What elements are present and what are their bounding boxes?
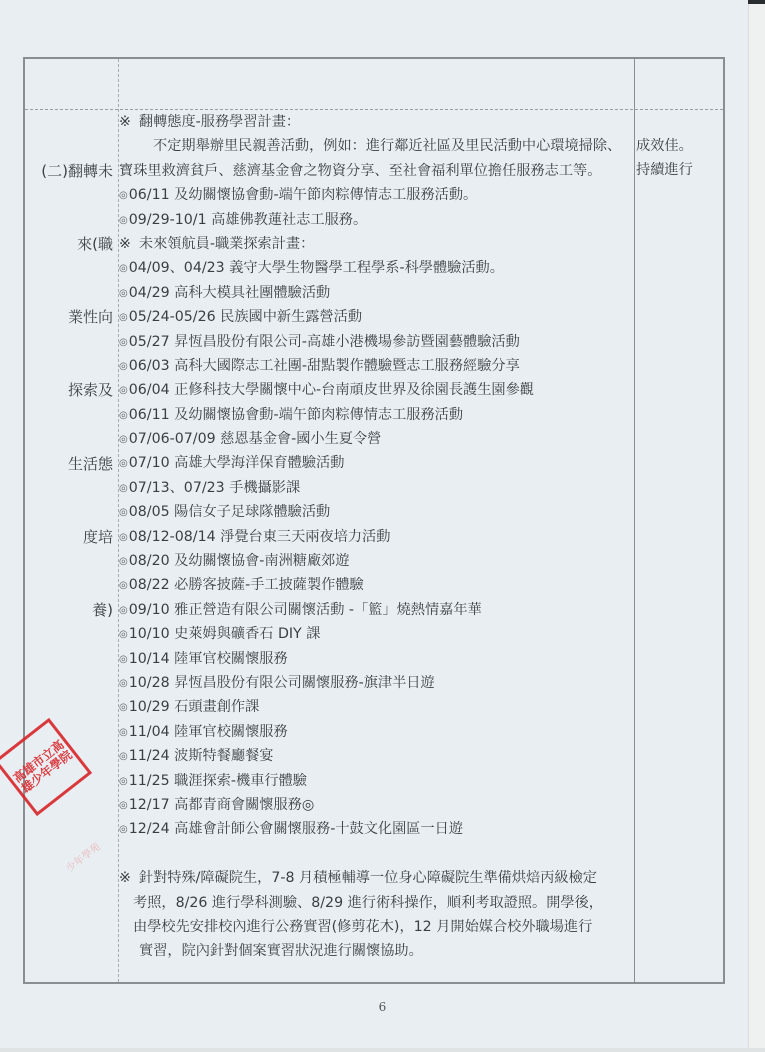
list-item: ◎05/24-05/26 民族國中新生露營活動 xyxy=(119,305,631,329)
list-item: ◎06/11 及幼關懷協會動-端午節肉粽傳情志工服務活動。 xyxy=(119,183,631,207)
plan1-heading: ※翻轉態度-服務學習計畫： xyxy=(119,110,631,134)
spacer xyxy=(119,842,631,866)
status-column: 成效佳。 持續進行 xyxy=(636,134,722,183)
special-needs-note-line: 實習，院內針對個案實習狀況進行關懷協助。 xyxy=(119,939,631,963)
section-label-line: 養) xyxy=(35,598,113,622)
list-item: ◎10/29 石頭畫創作課 xyxy=(119,695,631,719)
section-content: ※翻轉態度-服務學習計畫： 不定期舉辦里民親善活動，例如：進行鄰近社區及里民活動… xyxy=(119,110,631,964)
bullet-icon: ◎ xyxy=(119,629,128,640)
scanned-page-edge xyxy=(748,0,765,1052)
bullet-icon: ◎ xyxy=(119,361,128,372)
list-item: ◎08/20 及幼關懷協會-南洲糖廠郊遊 xyxy=(119,549,631,573)
list-item: ◎07/06-07/09 慈恩基金會-國小生夏令營 xyxy=(119,427,631,451)
list-item: ◎11/24 波斯特餐廳餐宴 xyxy=(119,744,631,768)
plan1-description: 不定期舉辦里民親善活動，例如：進行鄰近社區及里民活動中心環境掃除、 xyxy=(119,134,631,158)
bullet-icon: ◎ xyxy=(119,751,128,762)
list-item: ◎10/28 昇恆昌股份有限公司關懷服務-旗津半日遊 xyxy=(119,671,631,695)
list-item: ◎06/04 正修科技大學關懷中心-台南頑皮世界及徐園長護生園參觀 xyxy=(119,378,631,402)
section-label-line: 探索及 xyxy=(35,378,113,402)
plan1-description: 寶珠里救濟貧戶、慈濟基金會之物資分享、至社會福利單位擔任服務志工等。 xyxy=(119,159,631,183)
bullet-icon: ◎ xyxy=(119,434,128,445)
list-item: ◎08/05 陽信女子足球隊體驗活動 xyxy=(119,500,631,524)
bullet-icon: ◎ xyxy=(119,458,128,469)
bullet-icon: ◎ xyxy=(119,678,128,689)
bullet-icon: ◎ xyxy=(119,385,128,396)
list-item: ◎04/09、04/23 義守大學生物醫學工程學系-科學體驗活動。 xyxy=(119,256,631,280)
list-item: ◎04/29 高科大模具社團體驗活動 xyxy=(119,281,631,305)
bullet-icon: ◎ xyxy=(119,800,128,811)
bullet-icon: ◎ xyxy=(119,288,128,299)
bullet-icon: ◎ xyxy=(119,483,128,494)
bullet-icon: ◎ xyxy=(119,190,128,201)
bullet-icon: ◎ xyxy=(119,702,128,713)
bullet-icon: ◎ xyxy=(119,532,128,543)
list-item: ◎05/27 昇恆昌股份有限公司-高雄小港機場參訪暨園藝體驗活動 xyxy=(119,330,631,354)
bullet-icon: ◎ xyxy=(119,556,128,567)
reference-mark-icon: ※ xyxy=(119,236,131,252)
reference-mark-icon: ※ xyxy=(119,870,131,886)
list-item: ◎09/29-10/1 高雄佛教蓮社志工服務。 xyxy=(119,208,631,232)
special-needs-note-line: 考照，8/26 進行學科測驗、8/29 進行術科操作，順利考取證照。開學後， xyxy=(119,891,631,915)
bullet-icon: ◎ xyxy=(119,337,128,348)
section-label-line: 度培 xyxy=(35,525,113,549)
bullet-icon: ◎ xyxy=(119,215,128,226)
section-label: (二)翻轉未 來(職 業性向 探索及 生活態 度培 養) xyxy=(35,110,117,647)
bullet-icon: ◎ xyxy=(119,776,128,787)
list-item: ◎09/10 雅正營造有限公司關懷活動 -「籃」燒熱情嘉年華 xyxy=(119,598,631,622)
page-number: 6 xyxy=(0,1000,765,1014)
table-column-divider-status xyxy=(634,59,635,982)
list-item: ◎12/17 高都青商會關懷服務◎ xyxy=(119,793,631,817)
status-text: 持續進行 xyxy=(636,158,722,182)
section-label-line: 來(職 xyxy=(35,232,113,256)
bullet-icon: ◎ xyxy=(119,727,128,738)
reference-mark-icon: ※ xyxy=(119,114,131,130)
bullet-icon: ◎ xyxy=(119,824,128,835)
special-needs-note: ※針對特殊/障礙院生，7-8 月積極輔導一位身心障礙院生準備烘焙丙級檢定 xyxy=(119,866,631,890)
list-item: ◎08/12-08/14 淨覺台東三天兩夜培力活動 xyxy=(119,525,631,549)
section-label-line: (二)翻轉未 xyxy=(35,159,113,183)
bullet-icon: ◎ xyxy=(119,312,128,323)
list-item: ◎11/04 陸軍官校關懷服務 xyxy=(119,720,631,744)
bullet-icon: ◎ xyxy=(119,507,128,518)
plan2-heading: ※未來領航員-職業探索計畫： xyxy=(119,232,631,256)
list-item: ◎10/14 陸軍官校關懷服務 xyxy=(119,647,631,671)
list-item: ◎10/10 史萊姆與礦香石 DIY 課 xyxy=(119,622,631,646)
bullet-icon: ◎ xyxy=(119,605,128,616)
section-label-line: 生活態 xyxy=(35,452,113,476)
bullet-icon: ◎ xyxy=(119,654,128,665)
status-text: 成效佳。 xyxy=(636,134,722,158)
bullet-icon: ◎ xyxy=(119,580,128,591)
list-item: ◎07/13、07/23 手機攝影課 xyxy=(119,476,631,500)
bullet-icon: ◎ xyxy=(119,410,128,421)
list-item: ◎06/03 高科大國際志工社團-甜點製作體驗暨志工服務經驗分享 xyxy=(119,354,631,378)
special-needs-note-line: 由學校先安排校內進行公務實習(修剪花木)，12 月開始媒合校外職場進行 xyxy=(119,915,631,939)
list-item: ◎11/25 職涯探索-機車行體驗 xyxy=(119,769,631,793)
list-item: ◎06/11 及幼關懷協會動-端午節肉粽傳情志工服務活動 xyxy=(119,403,631,427)
scan-corner-strip xyxy=(748,0,765,4)
list-item: ◎12/24 高雄會計師公會關懷服務-十鼓文化園區一日遊 xyxy=(119,817,631,841)
section-label-line: 業性向 xyxy=(35,305,113,329)
bullet-icon: ◎ xyxy=(119,263,128,274)
list-item: ◎08/22 必勝客披薩-手工披薩製作體驗 xyxy=(119,573,631,597)
list-item: ◎07/10 高雄大學海洋保育體驗活動 xyxy=(119,451,631,475)
scan-bottom-strip xyxy=(0,1048,765,1052)
